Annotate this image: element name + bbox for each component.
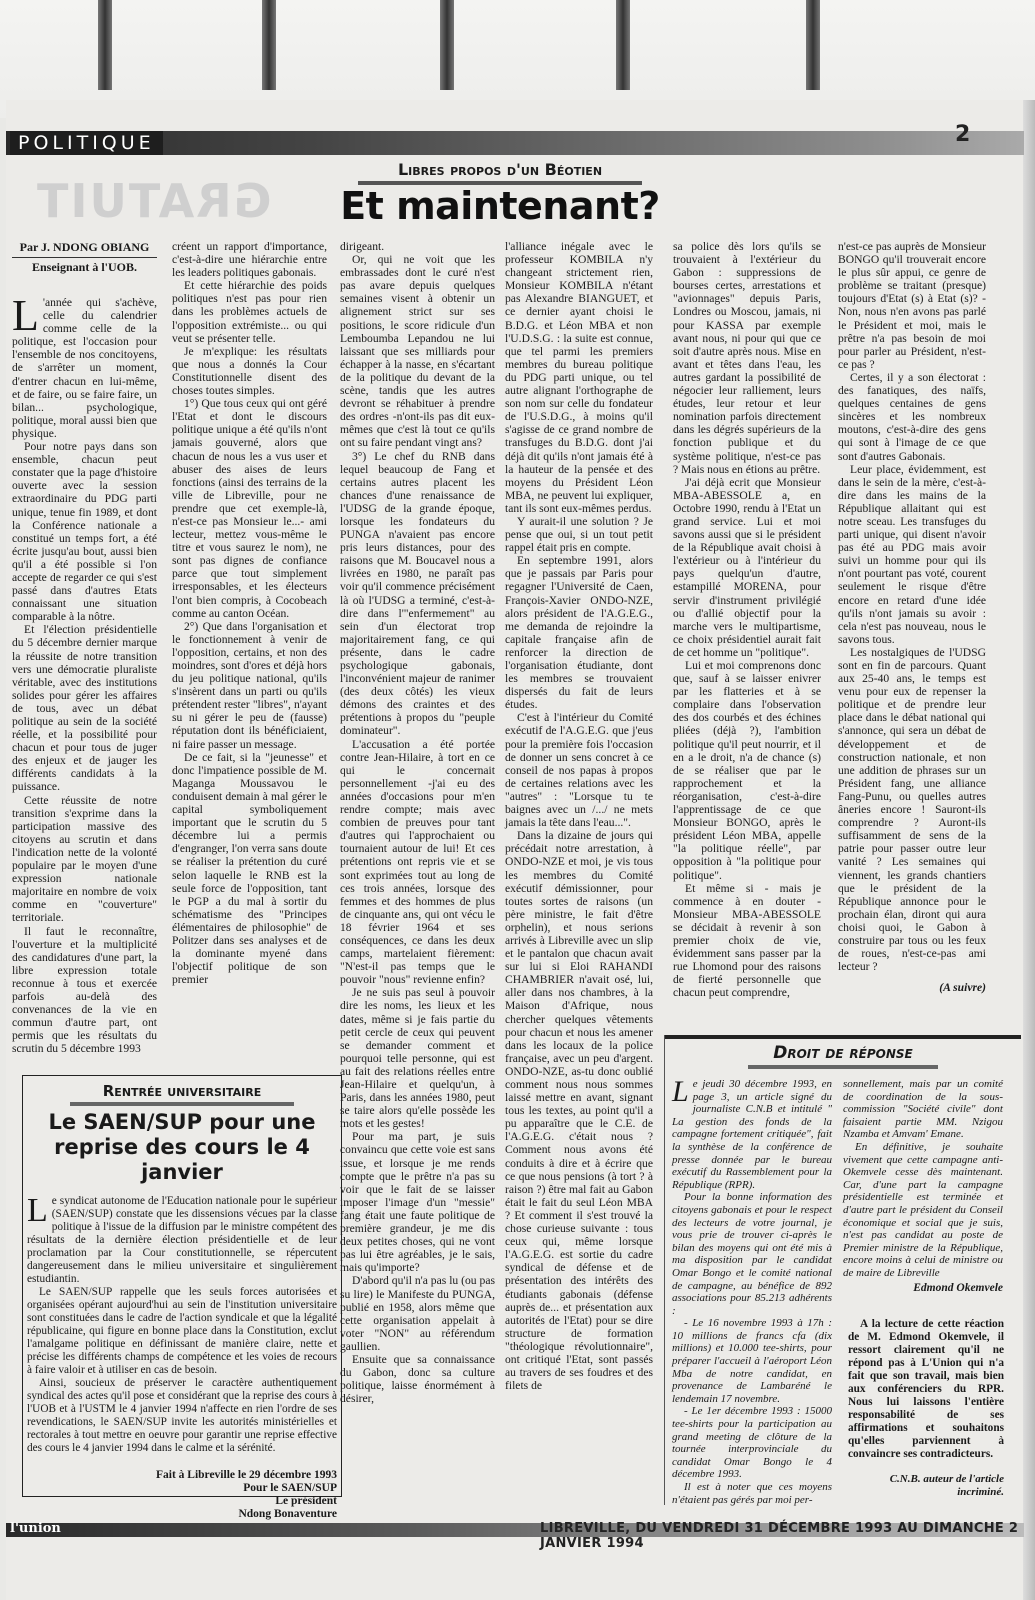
drop-cap: L — [27, 1197, 48, 1225]
paragraph: L'année qui s'achève, celle du calendrie… — [12, 296, 157, 440]
paragraph: - Le 1er décembre 1993 : 15000 tee-shirt… — [672, 1405, 832, 1481]
paragraph: n'est-ce pas auprès de Monsieur BONGO qu… — [838, 240, 986, 371]
paragraph: 2°) Que dans l'organisation et le foncti… — [172, 620, 327, 751]
article-column-2: créent un rapport d'importance, c'est-à-… — [172, 240, 327, 986]
paragraph: Je m'explique: les résultats que nous a … — [172, 345, 327, 397]
ghost-stamp: GRATUIT — [35, 174, 271, 228]
paragraph: Le syndicat autonome de l'Education nati… — [27, 1195, 337, 1286]
paragraph: Leur place, évidemment, est dans le sein… — [838, 463, 986, 646]
paragraph: Il est à noter que ces moyens n'étaient … — [672, 1481, 832, 1506]
paragraph: De ce fait, si la "jeunesse" et donc l'i… — [172, 751, 327, 987]
box-body: Le syndicat autonome de l'Education nati… — [27, 1195, 337, 1455]
box-headline: Le SAEN/SUP pour une reprise des cours l… — [27, 1110, 337, 1185]
byline: Par J. NDONG OBIANG Enseignant à l'UOB. — [12, 240, 157, 275]
paragraph: Y aurait-il une solution ? Je pense que … — [505, 515, 653, 554]
signature-line: Fait à Libreville le 29 décembre 1993 — [27, 1469, 337, 1482]
paragraph: Ensuite que sa connaissance du Gabon, do… — [340, 1353, 495, 1405]
saen-sup-box: Rentrée universitaire Le SAEN/SUP pour u… — [22, 1075, 342, 1497]
paragraph: Je ne suis pas seul à pouvoir dire les n… — [340, 986, 495, 1130]
article-kicker: Libres propos d'un Béotien — [360, 160, 640, 179]
paragraph: sonnellement, mais par un comité de coor… — [843, 1078, 1003, 1141]
issue-date: LIBREVILLE, DU VENDREDI 31 DÉCEMBRE 1993… — [540, 1521, 1035, 1551]
paragraph: sa police dès lors qu'ils se trouvaient … — [673, 240, 821, 476]
binding-shadow — [806, 0, 820, 90]
paragraph: C'est à l'intérieur du Comité exécutif d… — [505, 711, 653, 829]
paragraph: J'ai déjà ecrit que Monsieur MBA-ABESSOL… — [673, 476, 821, 659]
paragraph: A la lecture de cette réaction de M. Edm… — [848, 1318, 1004, 1461]
paragraph: Et même si - mais je commence à en doute… — [673, 882, 821, 1000]
drop-cap: L — [12, 298, 39, 334]
paragraph: En définitive, je souhaite vivement que … — [843, 1141, 1003, 1280]
paragraph: - Le 16 novembre 1993 à 17h : 10 million… — [672, 1317, 832, 1405]
binding-shadow — [440, 0, 454, 90]
paragraph: Les nostalgiques de l'UDSG sont en fin d… — [838, 646, 986, 973]
paragraph: Il faut le reconnaître, l'ouverture et l… — [12, 925, 157, 1056]
paragraph: L'accusation a été portée contre Jean-Hi… — [340, 738, 495, 987]
kicker-rule — [70, 1102, 294, 1106]
article-column-4: l'alliance inégale avec le professeur KO… — [505, 240, 653, 1392]
reply-signature: Edmond Okemvele — [843, 1282, 1003, 1295]
kicker-rule — [748, 1065, 938, 1069]
author-role: Enseignant à l'UOB. — [12, 260, 157, 275]
editor-note: A la lecture de cette réaction de M. Edm… — [848, 1318, 1004, 1499]
paragraph: 3°) Le chef du RNB dans lequel beaucoup … — [340, 450, 495, 738]
binding-shadow — [262, 0, 276, 90]
page-edge — [1023, 100, 1035, 1600]
paragraph: l'alliance inégale avec le professeur KO… — [505, 240, 653, 515]
paragraph: Et l'élection présidentielle du 5 décemb… — [12, 623, 157, 793]
paragraph: Le SAEN/SUP rappelle que les seuls force… — [27, 1286, 337, 1377]
paragraph: dirigeant. — [340, 240, 495, 253]
box-kicker: Rentrée universitaire — [27, 1082, 337, 1100]
to-be-continued: (A suivre) — [838, 981, 986, 994]
newspaper-logo: l'union — [10, 1521, 61, 1536]
paragraph: Or, qui ne voit que les embrassades dont… — [340, 253, 495, 449]
paragraph: Lui et moi comprenons donc que, sauf à s… — [673, 659, 821, 882]
article-column-6: n'est-ce pas auprès de Monsieur BONGO qu… — [838, 240, 986, 994]
editor-signature: C.N.B. auteur de l'article incriminé. — [848, 1473, 1004, 1499]
binding-shadow — [616, 0, 630, 90]
byline-rule — [12, 257, 157, 258]
reply-left-rule — [664, 1035, 665, 1505]
paragraph: créent un rapport d'importance, c'est-à-… — [172, 240, 327, 279]
article-column-1: L'année qui s'achève, celle du calendrie… — [12, 296, 157, 1055]
author-name: Par J. NDONG OBIANG — [12, 240, 157, 255]
paragraph: Pour notre pays dans son ensemble, chacu… — [12, 440, 157, 623]
paragraph: Et cette hiérarchie des poids politiques… — [172, 279, 327, 344]
paragraph: Le jeudi 30 décembre 1993, en page 3, un… — [672, 1078, 832, 1191]
drop-cap: L — [672, 1080, 689, 1104]
reply-kicker: Droit de réponse — [672, 1043, 1014, 1063]
reply-column-1: Le jeudi 30 décembre 1993, en page 3, un… — [672, 1078, 832, 1506]
paragraph: En septembre 1991, alors que je passais … — [505, 554, 653, 711]
paragraph: Ainsi, soucieux de préserver le caractèr… — [27, 1377, 337, 1455]
signature-line: Pour le SAEN/SUP — [27, 1482, 337, 1495]
paragraph: Pour la bonne information des citoyens g… — [672, 1191, 832, 1317]
signature-block: Fait à Libreville le 29 décembre 1993 Po… — [27, 1469, 337, 1521]
paragraph: D'abord qu'il n'a pas lu (ou pas su lire… — [340, 1274, 495, 1353]
signature-line: Ndong Bonaventure — [27, 1508, 337, 1521]
page-number: 2 — [955, 122, 970, 147]
article-headline: Et maintenant? — [330, 184, 670, 228]
paragraph: 1°) Que tous ceux qui ont géré l'Etat et… — [172, 397, 327, 620]
paragraph: Dans la dizaine de jours qui précédait n… — [505, 829, 653, 1392]
reply-column-2: sonnellement, mais par un comité de coor… — [843, 1078, 1003, 1295]
paragraph: Cette réussite de notre transition s'exp… — [12, 794, 157, 925]
reply-top-rule — [664, 1035, 1021, 1039]
signature-line: Le président — [27, 1495, 337, 1508]
paragraph: Pour ma part, je suis convaincu que cett… — [340, 1130, 495, 1274]
article-column-3: dirigeant. Or, qui ne voit que les embra… — [340, 240, 495, 1405]
section-label: POLITIQUE — [10, 131, 163, 155]
paragraph: Certes, il y a son électorat : des fanat… — [838, 371, 986, 463]
droit-de-reponse: Droit de réponse — [672, 1043, 1014, 1073]
article-column-5: sa police dès lors qu'ils se trouvaient … — [673, 240, 821, 999]
binding-shadow — [98, 0, 112, 90]
